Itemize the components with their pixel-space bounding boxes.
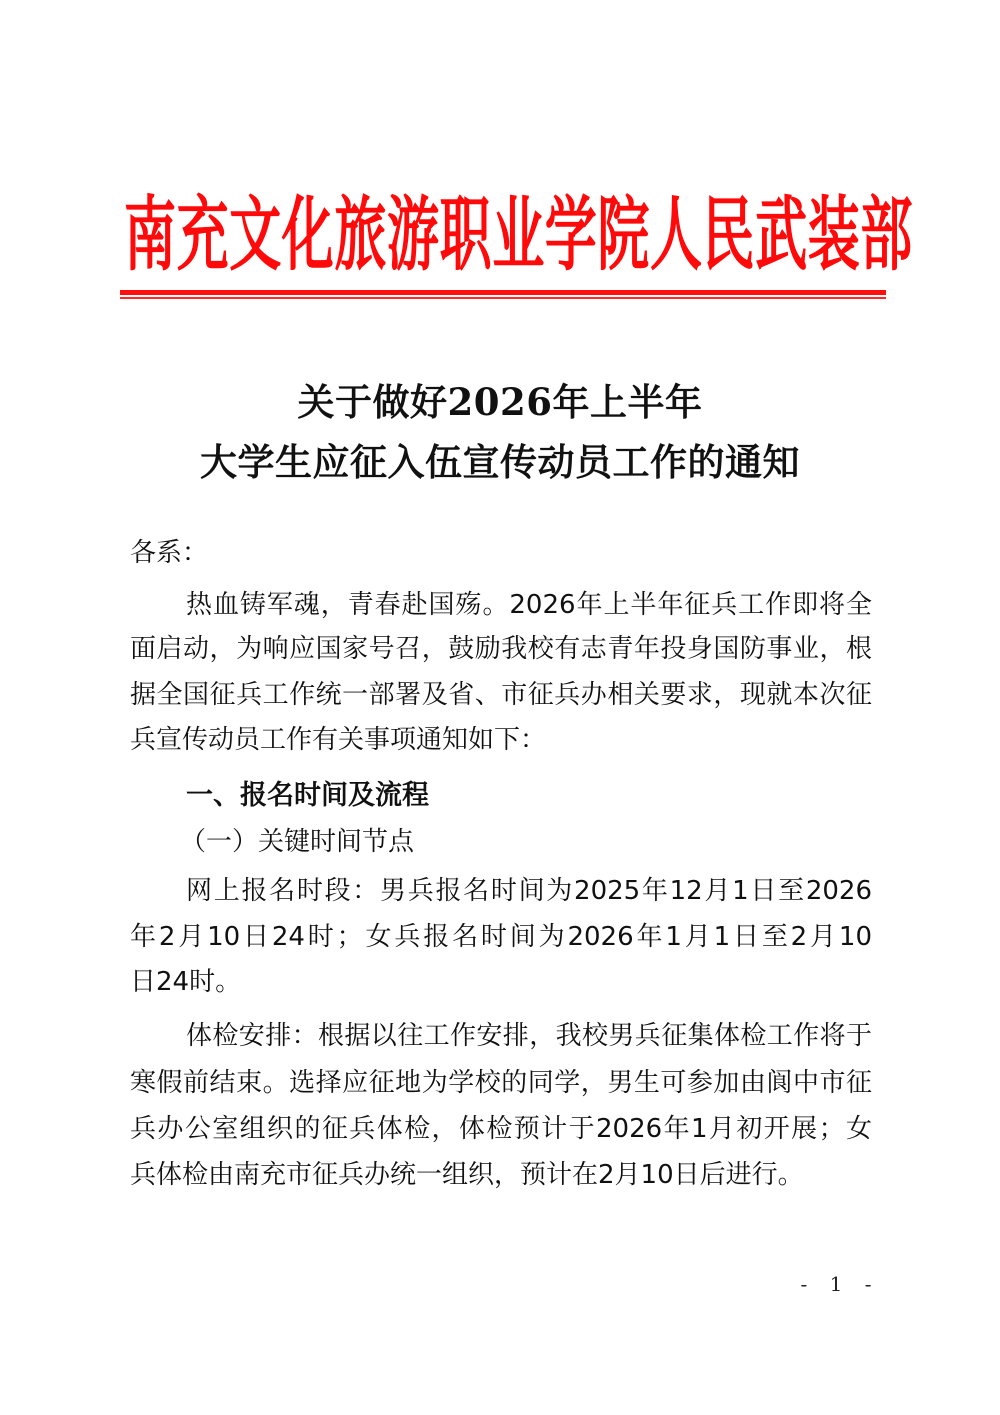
intro-line: 面启动，为响应国家号召，鼓励我校有志青年投身国防事业，根 (130, 634, 872, 664)
intro-line: 据全国征兵工作统一部署及省、市征兵办相关要求，现就本次征 (130, 680, 872, 710)
physical-exam-line: 兵办公室组织的征兵体检，体检预计于2026年1月初开展；女 (130, 1114, 872, 1144)
physical-exam-line: 寒假前结束。选择应征地为学校的同学，男生可参加由阆中市征 (130, 1068, 872, 1098)
intro-line: 兵宣传动员工作有关事项通知如下： (130, 725, 872, 755)
document-title-line-1: 关于做好2026年上半年 (0, 372, 1000, 426)
registration-line: 日24时。 (130, 967, 872, 997)
organization-letterhead: 南充文化旅游职业学院人民武装部 (124, 196, 864, 280)
registration-line: 网上报名时段：男兵报名时间为2025年12月1日至2026 (186, 876, 872, 906)
salutation: 各系： (130, 538, 872, 568)
page-number: - 1 - (800, 1272, 880, 1296)
intro-line: 热血铸军魂，青春赴国殇。2026年上半年征兵工作即将全 (186, 590, 872, 620)
letterhead-rule-thick (120, 290, 886, 295)
organization-name: 南充文化旅游职业学院人民武装部 (124, 196, 864, 277)
document-page: 南充文化旅游职业学院人民武装部 关于做好2026年上半年 大学生应征入伍宣传动员… (0, 0, 1000, 1415)
physical-exam-line: 体检安排：根据以往工作安排，我校男兵征集体检工作将于 (186, 1021, 872, 1051)
document-title-line-2: 大学生应征入伍宣传动员工作的通知 (0, 432, 1000, 486)
physical-exam-line: 兵体检由南充市征兵办统一组织，预计在2月10日后进行。 (130, 1160, 872, 1190)
subsection-heading: （一）关键时间节点 (180, 827, 866, 857)
registration-line: 年2月10日24时；女兵报名时间为2026年1月1日至2月10 (130, 922, 872, 952)
section-heading: 一、报名时间及流程 (186, 781, 872, 811)
letterhead-rule-thin (120, 297, 886, 299)
